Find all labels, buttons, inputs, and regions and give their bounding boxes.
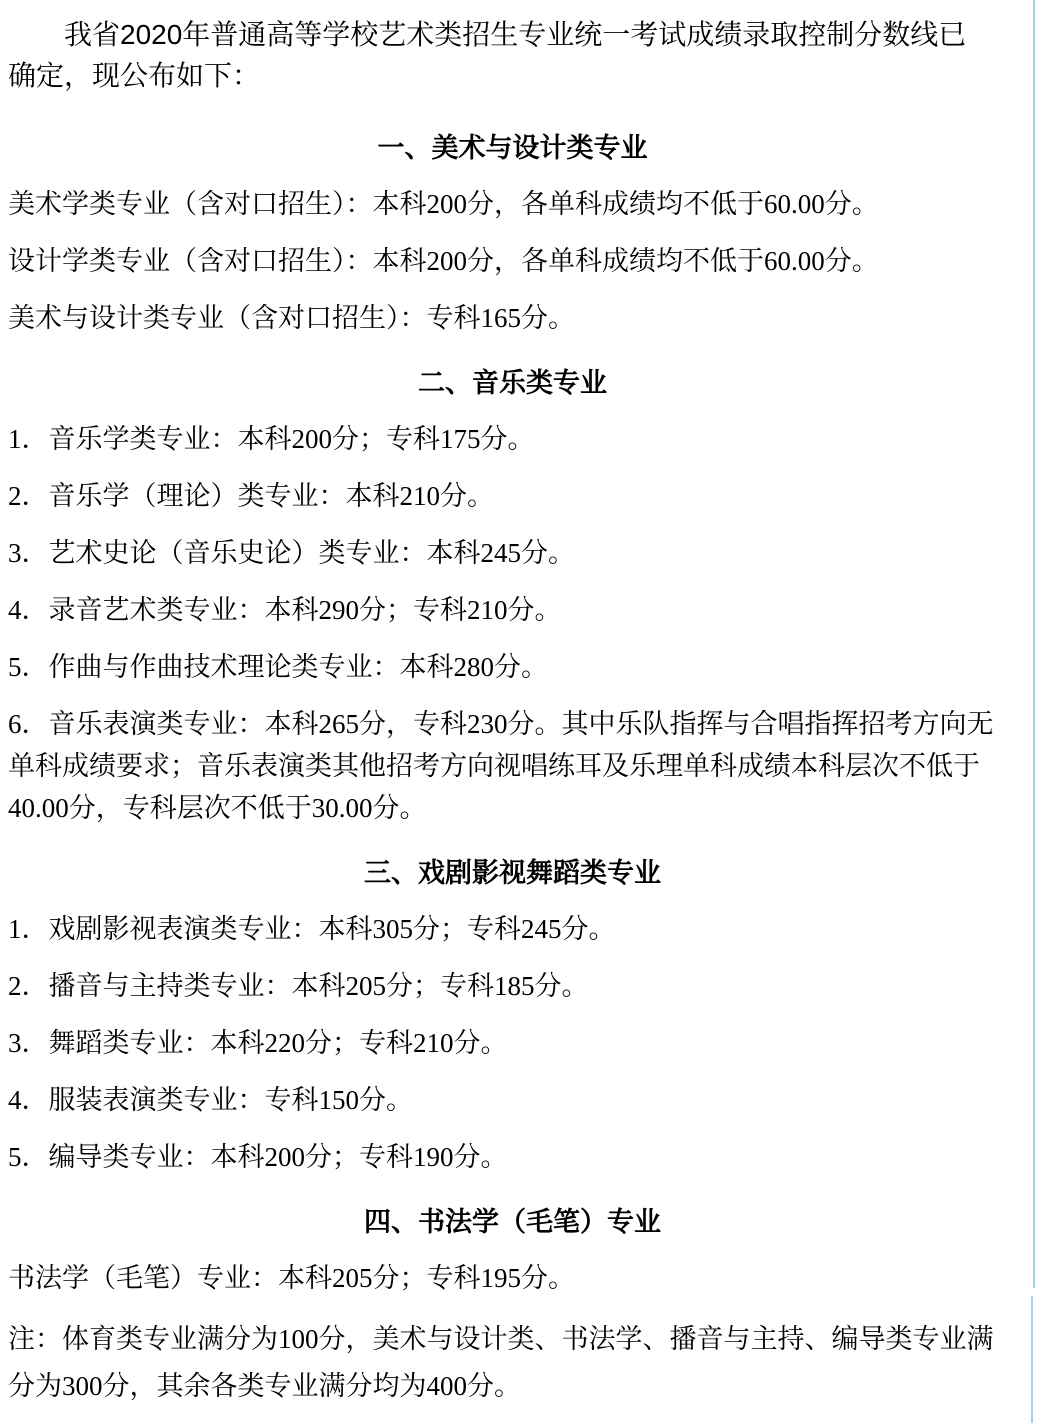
score-line-art-3: 美术与设计类专业（含对口招生）：专科165分。 xyxy=(8,297,1017,339)
score-line-drama-4: 4．服装表演类专业：专科150分。 xyxy=(8,1079,1017,1121)
score-line-music-3: 3．艺术史论（音乐史论）类专业：本科245分。 xyxy=(8,532,1017,574)
intro-paragraph: 我省2020年普通高等学校艺术类招生专业统一考试成绩录取控制分数线已 确定，现公… xyxy=(8,14,1017,96)
score-line-art-2: 设计学类专业（含对口招生）：本科200分，各单科成绩均不低于60.00分。 xyxy=(8,240,1017,282)
score-line-calligraphy-1: 书法学（毛笔）专业：本科205分；专科195分。 xyxy=(8,1257,1017,1299)
right-border-line-lower xyxy=(1031,1296,1033,1423)
section-heading-drama-film-dance: 三、戏剧影视舞蹈类专业 xyxy=(8,853,1017,893)
section-heading-music: 二、音乐类专业 xyxy=(8,363,1017,403)
score-line-music-1: 1．音乐学类专业：本科200分；专科175分。 xyxy=(8,418,1017,460)
score-line-music-2: 2．音乐学（理论）类专业：本科210分。 xyxy=(8,475,1017,517)
score-line-art-1: 美术学类专业（含对口招生）：本科200分，各单科成绩均不低于60.00分。 xyxy=(8,183,1017,225)
section-heading-art-design: 一、美术与设计类专业 xyxy=(8,128,1017,168)
score-line-drama-3: 3．舞蹈类专业：本科220分；专科210分。 xyxy=(8,1022,1017,1064)
score-line-music-5: 5．作曲与作曲技术理论类专业：本科280分。 xyxy=(8,646,1017,688)
score-line-music-4: 4．录音艺术类专业：本科290分；专科210分。 xyxy=(8,589,1017,631)
score-line-drama-5: 5．编导类专业：本科200分；专科190分。 xyxy=(8,1136,1017,1178)
note-paragraph: 注：体育类专业满分为100分，美术与设计类、书法学、播音与主持、编导类专业满 分… xyxy=(8,1316,1017,1410)
right-border-line-upper xyxy=(1033,0,1035,1288)
score-line-drama-1: 1．戏剧影视表演类专业：本科305分；专科245分。 xyxy=(8,908,1017,950)
announcement-document: 我省2020年普通高等学校艺术类招生专业统一考试成绩录取控制分数线已 确定，现公… xyxy=(0,0,1025,1410)
score-line-music-6: 6．音乐表演类专业：本科265分，专科230分。其中乐队指挥与合唱指挥招考方向无… xyxy=(8,703,1017,829)
score-line-drama-2: 2．播音与主持类专业：本科205分；专科185分。 xyxy=(8,965,1017,1007)
section-heading-calligraphy: 四、书法学（毛笔）专业 xyxy=(8,1202,1017,1242)
